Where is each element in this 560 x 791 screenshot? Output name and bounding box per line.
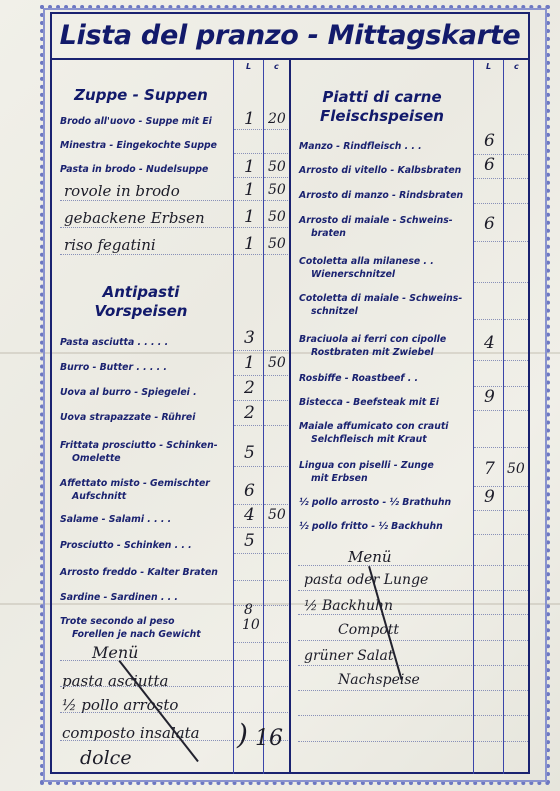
handwritten-soup-price-cent: 50: [268, 209, 286, 225]
dotted-rule: [264, 129, 288, 130]
dotted-rule: [234, 350, 262, 351]
meat-price-lire: 9: [484, 387, 495, 407]
dotted-rule: [504, 690, 528, 691]
antipasto-item: Arrosto freddo - Kalter Braten: [60, 566, 218, 579]
antipasti-heading: Antipasti Vorspeisen: [56, 283, 226, 321]
dotted-rule: [504, 360, 528, 361]
dotted-rule: [504, 665, 528, 666]
dotted-rule: [264, 712, 288, 713]
right-lire-header: L: [486, 62, 491, 71]
antipasto-price-lire: 5: [244, 531, 255, 551]
handwritten-soup-price-lire: 1: [244, 207, 255, 227]
dotted-rule: [504, 614, 528, 615]
meat-heading-it: Piatti di carne: [296, 88, 468, 107]
meat-item: ½ pollo fritto - ½ Backhuhn: [299, 520, 443, 533]
meat-item: Arrosto di maiale - Schweins-braten: [299, 214, 453, 240]
left-lire-header: L: [246, 62, 251, 71]
dotted-rule: [504, 565, 528, 566]
dotted-rule: [504, 447, 528, 448]
antipasto-price-lire: 10: [242, 617, 260, 633]
handwritten-soup-price-cent: 50: [268, 236, 286, 252]
dotted-rule: [264, 686, 288, 687]
handwritten-menu-line: dolce: [80, 747, 132, 769]
dotted-rule: [264, 350, 288, 351]
dotted-rule: [60, 254, 232, 255]
antipasto-price-cent: 50: [268, 355, 286, 371]
dotted-rule: [264, 553, 288, 554]
dotted-rule: [504, 590, 528, 591]
dotted-rule: [264, 580, 288, 581]
dotted-rule: [234, 686, 262, 687]
dotted-rule: [264, 400, 288, 401]
dotted-rule: [234, 200, 262, 201]
dotted-rule: [504, 241, 528, 242]
antipasto-item: Frittata prosciutto - Schinken-Omelette: [60, 439, 218, 465]
antipasto-item: Burro - Butter . . . . .: [60, 361, 167, 374]
antipasto-price-lire: 2: [244, 378, 255, 398]
dotted-rule: [60, 740, 232, 741]
dotted-rule: [60, 712, 232, 713]
soup-price-lire: 1: [244, 109, 255, 129]
dotted-rule: [264, 200, 288, 201]
meat-item: Manzo - Rindfleisch . . .: [299, 140, 422, 153]
dotted-rule: [474, 319, 502, 320]
dotted-rule: [264, 504, 288, 505]
soup-item: Minestra - Eingekochte Suppe: [60, 139, 217, 152]
dotted-rule: [264, 642, 288, 643]
handwritten-soup-item: gebackene Erbsen: [64, 209, 205, 227]
dotted-rule: [264, 425, 288, 426]
meat-item-sub: Rostbraten mit Zwiebel: [299, 346, 446, 359]
dotted-rule: [474, 590, 502, 591]
antipasto-price-lire: 4: [244, 505, 255, 525]
right-cent-column-line: [503, 60, 504, 774]
handwritten-menu-line: pasta asciutta: [62, 672, 168, 690]
dotted-rule: [234, 400, 262, 401]
dotted-rule: [264, 605, 288, 606]
dotted-rule: [504, 319, 528, 320]
antipasto-price-cent: 50: [268, 507, 286, 523]
dotted-rule: [504, 534, 528, 535]
dotted-rule: [264, 227, 288, 228]
dotted-rule: [474, 640, 502, 641]
meat-heading-de: Fleischspeisen: [296, 107, 468, 126]
dotted-rule: [298, 741, 472, 742]
menu-title: Lista del pranzo - Mittagskarte: [52, 14, 528, 58]
dotted-rule: [504, 486, 528, 487]
handwritten-soup-price-lire: 1: [244, 180, 255, 200]
dotted-rule: [234, 227, 262, 228]
dotted-rule: [234, 553, 262, 554]
meat-heading: Piatti di carne Fleischspeisen: [296, 88, 468, 126]
meat-price-lire: 9: [484, 487, 495, 507]
dotted-rule: [264, 177, 288, 178]
dotted-rule: [504, 510, 528, 511]
soup-price-lire: 1: [244, 157, 255, 177]
dotted-rule: [504, 640, 528, 641]
soup-item: Pasta in brodo - Nudelsuppe: [60, 163, 208, 176]
antipasto-item: Pasta asciutta . . . . .: [60, 336, 168, 349]
dotted-rule: [504, 741, 528, 742]
dotted-rule: [298, 565, 472, 566]
soups-heading: Zuppe - Suppen: [56, 86, 226, 105]
antipasto-item-sub: Omelette: [60, 452, 218, 465]
meat-item-sub: Wienerschnitzel: [299, 268, 434, 281]
handwritten-menu-price-brace: ): [237, 718, 248, 751]
meat-item: Cotoletta di maiale - Schweins-schnitzel: [299, 292, 462, 318]
antipasto-price-lire: 3: [244, 328, 255, 348]
dotted-rule: [234, 527, 262, 528]
dotted-rule: [474, 614, 502, 615]
handwritten-menu-line: grüner Salat: [304, 648, 394, 664]
dotted-rule: [60, 227, 232, 228]
dotted-rule: [474, 410, 502, 411]
handwritten-soup-item: rovole in brodo: [64, 182, 180, 200]
dotted-rule: [504, 715, 528, 716]
right-cent-header: c: [514, 62, 519, 71]
dotted-rule: [298, 614, 472, 615]
meat-item: Cotoletta alla milanese . .Wienerschnitz…: [299, 255, 434, 281]
dotted-rule: [264, 254, 288, 255]
meat-item: Lingua con piselli - Zungemit Erbsen: [299, 459, 434, 485]
left-cent-column-line: [263, 60, 264, 774]
dotted-rule: [234, 177, 262, 178]
menu-card: Lista del pranzo - Mittagskarte L c L c …: [0, 0, 560, 791]
dotted-rule: [298, 640, 472, 641]
antipasto-price-lire: 5: [244, 443, 255, 463]
antipasto-item: Uova al burro - Spiegelei .: [60, 386, 197, 399]
dotted-rule: [234, 153, 262, 154]
dotted-rule: [60, 686, 232, 687]
antipasto-price-lire: 1: [244, 353, 255, 373]
antipasto-item-sub: Aufschnitt: [60, 490, 210, 503]
meat-item-sub: braten: [299, 227, 453, 240]
dotted-rule: [474, 715, 502, 716]
dotted-rule: [234, 425, 262, 426]
dotted-rule: [474, 360, 502, 361]
meat-item-sub: Selchfleisch mit Kraut: [299, 433, 448, 446]
meat-item: Braciuola ai ferri con cipolleRostbraten…: [299, 333, 446, 359]
handwritten-soup-item: riso fegatini: [64, 236, 156, 254]
dotted-rule: [474, 690, 502, 691]
soup-price-cent: 20: [268, 111, 286, 127]
antipasto-item: Uova strapazzate - Rührei: [60, 411, 195, 424]
meat-price-lire: 6: [484, 131, 495, 151]
right-lire-column-line: [473, 60, 474, 774]
dotted-rule: [474, 241, 502, 242]
dotted-rule: [234, 254, 262, 255]
soup-item: Brodo all'uovo - Suppe mit Ei: [60, 115, 212, 128]
dotted-rule: [298, 715, 472, 716]
meat-item: Maiale affumicato con crautiSelchfleisch…: [299, 420, 448, 446]
antipasto-item-sub: Forellen je nach Gewicht: [60, 628, 201, 641]
antipasto-price-lire: 8: [244, 602, 253, 618]
handwritten-menu-price: 16: [255, 726, 283, 751]
dotted-rule: [474, 447, 502, 448]
meat-item-sub: schnitzel: [299, 305, 462, 318]
dotted-rule: [504, 178, 528, 179]
left-lire-column-line: [233, 60, 234, 774]
meat-item-sub: mit Erbsen: [299, 472, 434, 485]
meat-price-lire: 6: [484, 214, 495, 234]
center-divider: [289, 60, 291, 774]
dotted-rule: [298, 665, 472, 666]
dotted-rule: [234, 660, 262, 661]
dotted-rule: [234, 642, 262, 643]
dotted-rule: [474, 741, 502, 742]
dotted-rule: [234, 580, 262, 581]
dotted-rule: [474, 665, 502, 666]
handwritten-menu-line: Nachspeise: [338, 672, 420, 688]
antipasti-heading-it: Antipasti: [56, 283, 226, 302]
handwritten-soup-price-cent: 50: [268, 182, 286, 198]
meat-item: ½ pollo arrosto - ½ Brathuhn: [299, 496, 451, 509]
dotted-rule: [474, 534, 502, 535]
dotted-rule: [474, 203, 502, 204]
meat-price-lire: 6: [484, 155, 495, 175]
dotted-rule: [264, 527, 288, 528]
dotted-rule: [264, 660, 288, 661]
dotted-rule: [504, 410, 528, 411]
dotted-rule: [474, 565, 502, 566]
dotted-rule: [264, 153, 288, 154]
dotted-rule: [504, 282, 528, 283]
antipasto-item: Sardine - Sardinen . . .: [60, 591, 178, 604]
dotted-rule: [234, 129, 262, 130]
soup-price-cent: 50: [268, 159, 286, 175]
dotted-rule: [504, 386, 528, 387]
dotted-rule: [264, 375, 288, 376]
dotted-rule: [234, 712, 262, 713]
left-cent-header: c: [274, 62, 279, 71]
dotted-rule: [264, 466, 288, 467]
dotted-rule: [60, 200, 232, 201]
dotted-rule: [504, 154, 528, 155]
dotted-rule: [60, 660, 232, 661]
antipasto-item: Prosciutto - Schinken . . .: [60, 539, 192, 552]
dotted-rule: [298, 590, 472, 591]
meat-item: Bistecca - Beefsteak mit Ei: [299, 396, 439, 409]
dotted-rule: [474, 178, 502, 179]
dotted-rule: [234, 375, 262, 376]
antipasto-item: Trote secondo al pesoForellen je nach Ge…: [60, 615, 201, 641]
meat-item: Rosbiffe - Roastbeef . .: [299, 372, 418, 385]
dotted-rule: [504, 203, 528, 204]
dotted-rule: [234, 466, 262, 467]
dotted-rule: [474, 510, 502, 511]
handwritten-menu-line: pasta oder Lunge: [304, 572, 428, 588]
dotted-rule: [298, 690, 472, 691]
dotted-rule: [474, 282, 502, 283]
meat-price-lire: 4: [484, 333, 495, 353]
antipasto-price-lire: 6: [244, 481, 255, 501]
menu-heading-handwritten: Menü: [348, 548, 392, 566]
antipasto-item: Salame - Salami . . . .: [60, 513, 171, 526]
antipasto-price-lire: 2: [244, 403, 255, 423]
meat-price-lire: 7: [484, 459, 495, 479]
antipasti-heading-de: Vorspeisen: [56, 302, 226, 321]
handwritten-soup-price-lire: 1: [244, 234, 255, 254]
meat-item: Arrosto di vitello - Kalbsbraten: [299, 164, 461, 177]
antipasto-item: Affettato misto - GemischterAufschnitt: [60, 477, 210, 503]
meat-item: Arrosto di manzo - Rindsbraten: [299, 189, 463, 202]
meat-price-cent: 50: [507, 461, 525, 477]
